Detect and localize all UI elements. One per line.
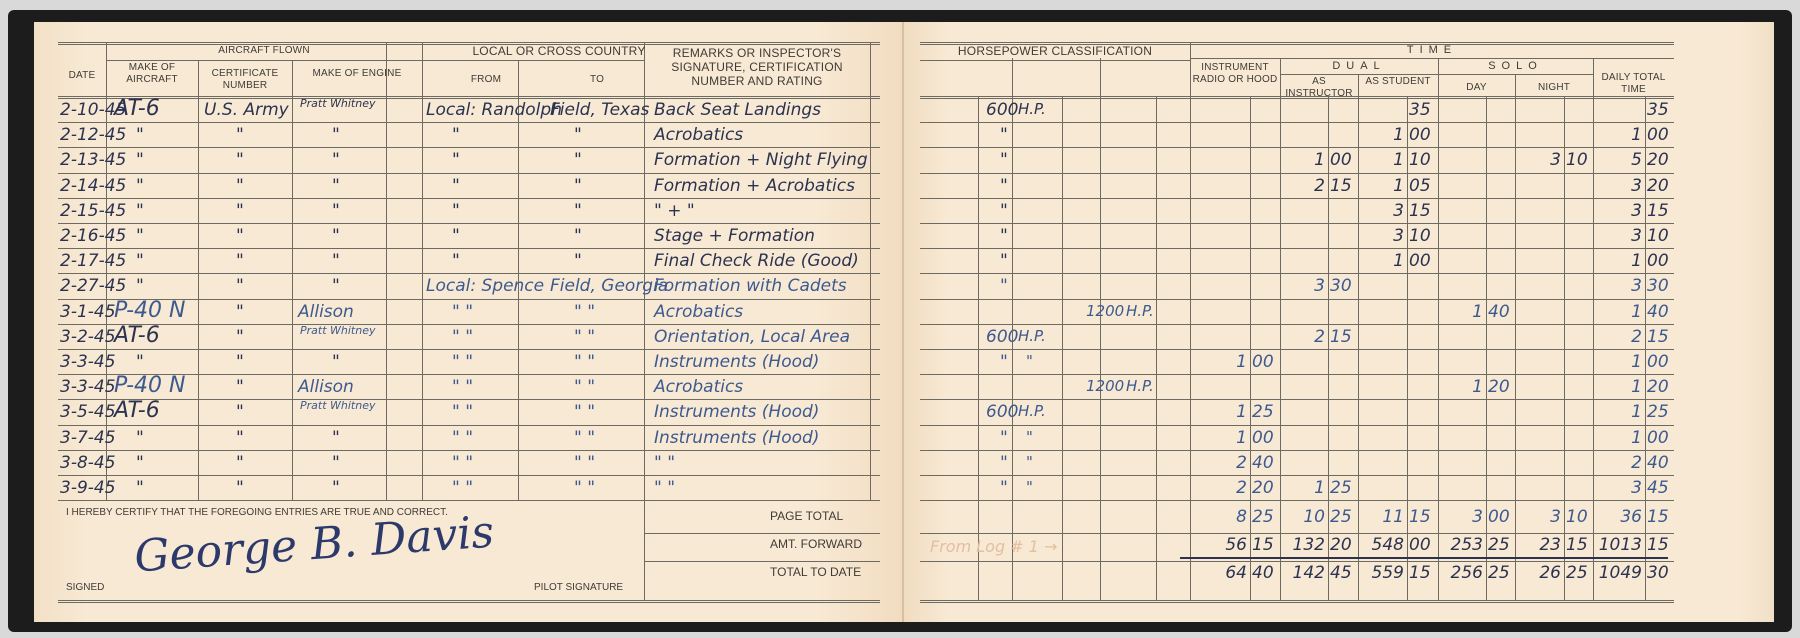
instrument-time-minutes: 40: [1252, 453, 1278, 473]
col-rule-totM: [1645, 96, 1646, 600]
entry-from: " ": [452, 327, 473, 347]
entry-certificate-number: ": [236, 201, 244, 221]
row-rule: [920, 198, 1674, 199]
row-rule: [58, 475, 880, 476]
row-rule: [920, 425, 1674, 426]
daily-total-time-hours: 2: [1593, 327, 1642, 347]
hp-value: ": [1000, 226, 1008, 246]
daily-total-time-hours: 3: [1593, 276, 1642, 296]
hp-value: ": [1000, 352, 1008, 372]
entry-remarks: Formation + Night Flying: [654, 150, 868, 170]
entry-to: " ": [574, 377, 595, 397]
entry-to: " ": [574, 352, 595, 372]
entry-certificate-number: ": [236, 478, 244, 498]
row-rule: [920, 122, 1674, 123]
entry-certificate-number: ": [236, 428, 244, 448]
entry-to: ": [574, 125, 582, 145]
header-as-instructor: AS INSTRUCTOR: [1280, 76, 1358, 100]
total_to_date-daily-total-hours: 1049: [1593, 563, 1642, 583]
page-total-label: PAGE TOTAL: [770, 509, 843, 523]
instructor-time-hours: 1: [1280, 150, 1325, 170]
header-time: TIME: [1190, 44, 1674, 56]
page_total-instructor-hours: 10: [1280, 507, 1325, 527]
col-rule-h1: [978, 96, 979, 600]
instrument-time-minutes: 00: [1252, 352, 1278, 372]
amt_forward-night-minutes: 15: [1566, 535, 1591, 555]
solo-day-time-hours: 1: [1438, 302, 1483, 322]
daily-total-time-minutes: 35: [1647, 100, 1672, 120]
hp-unit: H.P.: [1018, 327, 1046, 345]
daily-total-time-minutes: 15: [1647, 201, 1672, 221]
row-rule: [58, 273, 880, 274]
entry-remarks: " ": [654, 478, 675, 498]
hp-value: 1200: [1086, 377, 1124, 395]
entry-to: " ": [574, 402, 595, 422]
row-rule: [920, 475, 1674, 476]
right-page: HORSEPOWER CLASSIFICATIONTIMEINSTRUMENT …: [904, 22, 1774, 622]
entry-from: ": [452, 201, 460, 221]
entry-remarks: Orientation, Local Area: [654, 327, 850, 347]
entry-remarks: " + ": [654, 201, 695, 221]
entry-date: 3-3-45: [60, 377, 116, 397]
footer-bottom-rule: [58, 600, 880, 603]
col-rule-mk: [198, 60, 199, 501]
entry-date: 2-17-45: [60, 251, 126, 271]
daily-total-time-minutes: 30: [1647, 276, 1672, 296]
hp-value: ": [1000, 276, 1008, 296]
entry-to: " ": [574, 327, 595, 347]
entry-make-of-aircraft: ": [136, 478, 144, 498]
entry-to: " ": [574, 478, 595, 498]
col-rule-instrM: [1328, 96, 1329, 600]
total_to_date-instructor-hours: 142: [1280, 563, 1325, 583]
col-rule-nightM: [1564, 96, 1565, 600]
header-aircraft-flown: AIRCRAFT FLOWN: [106, 45, 422, 57]
col-rule-studM: [1407, 96, 1408, 600]
entry-date: 2-13-45: [60, 150, 126, 170]
entry-make-of-aircraft: AT-6: [114, 96, 160, 121]
entry-certificate-number: ": [236, 302, 244, 322]
entry-to: " ": [574, 453, 595, 473]
row-rule: [920, 349, 1674, 350]
entry-date: 2-15-45: [60, 201, 126, 221]
row-rule: [58, 450, 880, 451]
header-make-of-aircraft: MAKE OF AIRCRAFT: [106, 62, 198, 86]
amt_forward-day-hours: 253: [1438, 535, 1483, 555]
entry-make-of-engine: Pratt Whitney: [300, 98, 380, 109]
entry-remarks: Formation + Acrobatics: [654, 176, 855, 196]
entry-date: 3-5-45: [60, 402, 116, 422]
hp-value: ": [1000, 478, 1008, 498]
total_to_date-student-hours: 559: [1358, 563, 1404, 583]
amt_forward-instrument-hours: 56: [1190, 535, 1247, 555]
daily-total-time-hours: 1: [1593, 302, 1642, 322]
row-rule: [920, 399, 1674, 400]
daily-total-time-hours: 3: [1593, 478, 1642, 498]
col-rule-eng: [386, 42, 387, 501]
instructor-time-hours: 2: [1280, 176, 1325, 196]
daily-total-time-minutes: 15: [1647, 327, 1672, 347]
daily-total-time-minutes: 00: [1647, 125, 1672, 145]
daily-total-time-minutes: 20: [1647, 377, 1672, 397]
entry-remarks: Back Seat Landings: [654, 100, 821, 120]
entry-from: " ": [452, 402, 473, 422]
amt_forward-day-minutes: 25: [1488, 535, 1513, 555]
entry-make-of-aircraft: ": [136, 201, 144, 221]
row-rule: [920, 500, 1674, 501]
page_total-daily-total-hours: 36: [1593, 507, 1642, 527]
daily-total-time-hours: 5: [1593, 150, 1642, 170]
row-rule: [58, 248, 880, 249]
right-grid: HORSEPOWER CLASSIFICATIONTIMEINSTRUMENT …: [904, 22, 1774, 622]
amt-forward-label: AMT. FORWARD: [770, 537, 862, 551]
entry-from: ": [452, 251, 460, 271]
foot-rule-2: [644, 561, 880, 562]
solo-day-time-minutes: 40: [1488, 302, 1513, 322]
entry-remarks: Stage + Formation: [654, 226, 815, 246]
entry-make-of-engine: ": [332, 176, 340, 196]
entry-make-of-aircraft: ": [136, 352, 144, 372]
daily-total-time-minutes: 00: [1647, 428, 1672, 448]
total-rule-2: [920, 561, 1674, 562]
amt_forward-instructor-minutes: 20: [1330, 535, 1356, 555]
daily-total-time-hours: 3: [1593, 201, 1642, 221]
entry-from: ": [452, 125, 460, 145]
entry-remarks: Final Check Ride (Good): [654, 251, 859, 271]
entry-certificate-number: ": [236, 352, 244, 372]
hp-unit: ": [1026, 352, 1033, 370]
entry-to: " ": [574, 428, 595, 448]
entry-make-of-aircraft: ": [136, 276, 144, 296]
header-as-student: AS STUDENT: [1358, 76, 1438, 88]
instructor-time-minutes: 25: [1330, 478, 1356, 498]
entry-from: " ": [452, 377, 473, 397]
entry-make-of-engine: ": [332, 150, 340, 170]
instructor-time-hours: 3: [1280, 276, 1325, 296]
entry-remarks: Instruments (Hood): [654, 428, 819, 448]
hp-unit: H.P.: [1126, 377, 1154, 395]
instrument-time-minutes: 25: [1252, 402, 1278, 422]
entry-certificate-number: ": [236, 251, 244, 271]
total_to_date-student-minutes: 15: [1409, 563, 1436, 583]
daily-total-time-hours: 1: [1593, 428, 1642, 448]
row-rule: [58, 173, 880, 174]
daily-total-time-hours: 3: [1593, 226, 1642, 246]
daily-total-time-minutes: 10: [1647, 226, 1672, 246]
row-rule: [58, 198, 880, 199]
row-rule: [58, 147, 880, 148]
hp-unit: H.P.: [1018, 100, 1046, 118]
instrument-time-minutes: 00: [1252, 428, 1278, 448]
daily-total-time-hours: 2: [1593, 453, 1642, 473]
instrument-time-hours: 2: [1190, 453, 1247, 473]
student-time-minutes: 35: [1409, 100, 1436, 120]
instrument-time-hours: 2: [1190, 478, 1247, 498]
entry-date: 3-8-45: [60, 453, 116, 473]
student-time-hours: 3: [1358, 226, 1404, 246]
hp-value: 1200: [1086, 302, 1124, 320]
entry-make-of-engine: Allison: [298, 377, 354, 397]
entry-certificate-number: ": [236, 276, 244, 296]
daily-total-time-hours: 1: [1593, 402, 1642, 422]
amt_forward-night-hours: 23: [1515, 535, 1561, 555]
time-header-rule: [1190, 58, 1674, 59]
hp-header-rule: [920, 60, 1190, 61]
entry-from: Local: Randolph: [426, 100, 562, 120]
entry-make-of-engine: ": [332, 125, 340, 145]
instructor-time-minutes: 15: [1330, 327, 1356, 347]
entry-from: ": [452, 226, 460, 246]
row-rule: [920, 248, 1674, 249]
daily-total-time-hours: 1: [1593, 251, 1642, 271]
entry-make-of-aircraft: P-40 N: [114, 373, 185, 398]
header-bottom-rule: [58, 96, 880, 99]
entry-remarks: Formation with Cadets: [654, 276, 847, 296]
entry-to: ": [574, 251, 582, 271]
hp-value: ": [1000, 125, 1008, 145]
daily-total-time-hours: 1: [1593, 125, 1642, 145]
student-time-minutes: 00: [1409, 251, 1436, 271]
instrument-time-hours: 1: [1190, 428, 1247, 448]
entry-from: Local: Spence: [426, 276, 544, 296]
page_total-night-minutes: 10: [1566, 507, 1591, 527]
instrument-time-hours: 1: [1190, 352, 1247, 372]
student-time-minutes: 15: [1409, 201, 1436, 221]
total_to_date-day-minutes: 25: [1488, 563, 1513, 583]
page_total-daily-total-minutes: 15: [1647, 507, 1672, 527]
col-rule-local: [422, 42, 423, 501]
page_total-student-minutes: 15: [1409, 507, 1436, 527]
faint-log-note: From Log # 1 →: [930, 537, 1057, 556]
row-rule: [920, 273, 1674, 274]
daily-total-time-minutes: 20: [1647, 150, 1672, 170]
col-rule-dayM: [1486, 96, 1487, 600]
row-rule: [920, 324, 1674, 325]
hp-value: 600: [986, 327, 1018, 347]
entry-from: ": [452, 150, 460, 170]
page_total-day-hours: 3: [1438, 507, 1483, 527]
row-rule: [58, 399, 880, 400]
hp-value: ": [1000, 428, 1008, 448]
student-time-hours: 1: [1358, 125, 1404, 145]
entry-make-of-engine: ": [332, 478, 340, 498]
row-rule: [58, 349, 880, 350]
header-date: DATE: [58, 70, 106, 82]
daily-total-time-minutes: 00: [1647, 251, 1672, 271]
col-rule-rem: [870, 42, 871, 501]
page_total-day-minutes: 00: [1488, 507, 1513, 527]
amt_forward-instructor-hours: 132: [1280, 535, 1325, 555]
header-day: DAY: [1438, 82, 1515, 94]
row-rule: [920, 147, 1674, 148]
left-page: DATEAIRCRAFT FLOWNMAKE OF AIRCRAFTCERTIF…: [34, 22, 904, 622]
solo-day-time-minutes: 20: [1488, 377, 1513, 397]
col-rule-instM: [1250, 96, 1251, 600]
entry-certificate-number: ": [236, 176, 244, 196]
entry-from: " ": [452, 453, 473, 473]
signed-label: SIGNED: [66, 582, 104, 593]
daily-total-time-minutes: 25: [1647, 402, 1672, 422]
solo-night-time-hours: 3: [1515, 150, 1561, 170]
amt_forward-student-minutes: 00: [1409, 535, 1436, 555]
daily-total-time-minutes: 40: [1647, 302, 1672, 322]
entry-to: ": [574, 226, 582, 246]
entry-from: " ": [452, 428, 473, 448]
student-time-hours: 3: [1358, 201, 1404, 221]
total_to_date-instrument-minutes: 40: [1252, 563, 1278, 583]
student-time-minutes: 10: [1409, 226, 1436, 246]
col-rule-h4: [1100, 58, 1101, 600]
header-dual: DUAL: [1280, 60, 1438, 72]
entry-remarks: Acrobatics: [654, 302, 743, 322]
daily-total-time-minutes: 40: [1647, 453, 1672, 473]
total-rule-1: [920, 533, 1674, 534]
entry-make-of-aircraft: ": [136, 125, 144, 145]
page_total-night-hours: 3: [1515, 507, 1561, 527]
header-certificate-number: CERTIFICATE NUMBER: [198, 68, 292, 92]
entry-remarks: " ": [654, 453, 675, 473]
entry-to: ": [574, 150, 582, 170]
daily-total-time-minutes: 20: [1647, 176, 1672, 196]
entry-certificate-number: U.S. Army: [204, 100, 289, 120]
entry-certificate-number: ": [236, 150, 244, 170]
hp-value: ": [1000, 453, 1008, 473]
amt-forward-underline: [1180, 557, 1668, 559]
group-header-rule: [106, 60, 644, 61]
entry-to: " ": [574, 302, 595, 322]
page_total-student-hours: 11: [1358, 507, 1404, 527]
instructor-time-hours: 1: [1280, 478, 1325, 498]
col-rule-to: [644, 42, 645, 600]
entry-date: 2-16-45: [60, 226, 126, 246]
entry-make-of-engine: ": [332, 276, 340, 296]
entry-make-of-engine: Pratt Whitney: [300, 400, 380, 411]
row-rule: [920, 173, 1674, 174]
page_total-instrument-hours: 8: [1190, 507, 1247, 527]
student-time-hours: 1: [1358, 150, 1404, 170]
instructor-time-hours: 2: [1280, 327, 1325, 347]
entry-to: Field, Georgia: [550, 276, 668, 296]
student-time-minutes: 00: [1409, 125, 1436, 145]
hp-unit: H.P.: [1018, 402, 1046, 420]
header-solo: SOLO: [1438, 60, 1593, 72]
left-grid: DATEAIRCRAFT FLOWNMAKE OF AIRCRAFTCERTIF…: [34, 22, 904, 622]
page_total-instrument-minutes: 25: [1252, 507, 1278, 527]
entry-make-of-engine: Allison: [298, 302, 354, 322]
entry-date: 2-12-45: [60, 125, 126, 145]
row-rule: [58, 500, 880, 501]
entry-make-of-engine: ": [332, 428, 340, 448]
entry-date: 3-2-45: [60, 327, 116, 347]
entry-make-of-engine: Pratt Whitney: [300, 325, 380, 336]
entry-certificate-number: ": [236, 402, 244, 422]
hp-value: ": [1000, 251, 1008, 271]
instrument-time-minutes: 20: [1252, 478, 1278, 498]
entry-to: ": [574, 201, 582, 221]
row-rule: [58, 122, 880, 123]
entry-to: Field, Texas: [550, 100, 649, 120]
entry-date: 3-7-45: [60, 428, 116, 448]
page_total-instructor-minutes: 25: [1330, 507, 1356, 527]
header-make-of-engine: MAKE OF ENGINE: [292, 68, 422, 80]
hp-unit: ": [1026, 478, 1033, 496]
entry-from: ": [452, 176, 460, 196]
entry-from: " ": [452, 352, 473, 372]
row-rule: [920, 299, 1674, 300]
header-remarks: REMARKS OR INSPECTOR'S SIGNATURE, CERTIF…: [644, 46, 870, 88]
entry-make-of-engine: ": [332, 226, 340, 246]
hp-value: ": [1000, 150, 1008, 170]
header-night: NIGHT: [1515, 82, 1593, 94]
amt_forward-instrument-minutes: 15: [1252, 535, 1278, 555]
entry-make-of-engine: ": [332, 251, 340, 271]
amt_forward-daily-total-minutes: 15: [1647, 535, 1672, 555]
daily-total-time-minutes: 00: [1647, 352, 1672, 372]
total_to_date-day-hours: 256: [1438, 563, 1483, 583]
total_to_date-instrument-hours: 64: [1190, 563, 1247, 583]
entry-from: " ": [452, 478, 473, 498]
entry-make-of-aircraft: ": [136, 226, 144, 246]
solo-day-time-hours: 1: [1438, 377, 1483, 397]
row-rule: [920, 450, 1674, 451]
entry-from: " ": [452, 302, 473, 322]
entry-make-of-aircraft: AT-6: [114, 398, 160, 423]
entry-certificate-number: ": [236, 125, 244, 145]
entry-make-of-engine: ": [332, 201, 340, 221]
entry-to: ": [574, 176, 582, 196]
header-horsepower-classification: HORSEPOWER CLASSIFICATION: [920, 44, 1190, 58]
header-instrument-radio-hood: INSTRUMENT RADIO OR HOOD: [1190, 62, 1280, 86]
amt_forward-daily-total-hours: 1013: [1593, 535, 1642, 555]
header-daily-total-time: DAILY TOTAL TIME: [1593, 72, 1674, 96]
entry-certificate-number: ": [236, 226, 244, 246]
entry-make-of-aircraft: P-40 N: [114, 298, 185, 323]
entry-make-of-aircraft: ": [136, 251, 144, 271]
entry-remarks: Acrobatics: [654, 377, 743, 397]
hp-value: ": [1000, 176, 1008, 196]
entry-remarks: Instruments (Hood): [654, 402, 819, 422]
total_to_date-night-minutes: 25: [1566, 563, 1591, 583]
amt_forward-student-hours: 548: [1358, 535, 1404, 555]
row-rule: [920, 223, 1674, 224]
row-rule: [58, 425, 880, 426]
entry-certificate-number: ": [236, 327, 244, 347]
entry-date: 2-27-45: [60, 276, 126, 296]
student-time-minutes: 05: [1409, 176, 1436, 196]
row-rule: [58, 223, 880, 224]
entry-make-of-aircraft: ": [136, 176, 144, 196]
dual-solo-rule: [1280, 74, 1593, 75]
hp-value: 600: [986, 100, 1018, 120]
hp-value: ": [1000, 201, 1008, 221]
entry-date: 3-3-45: [60, 352, 116, 372]
instructor-time-minutes: 00: [1330, 150, 1356, 170]
col-rule-cert: [292, 60, 293, 501]
student-time-minutes: 10: [1409, 150, 1436, 170]
daily-total-time-hours: 1: [1593, 352, 1642, 372]
row-rule: [920, 374, 1674, 375]
entry-certificate-number: ": [236, 453, 244, 473]
entry-remarks: Instruments (Hood): [654, 352, 819, 372]
student-time-hours: 1: [1358, 176, 1404, 196]
hp-unit: ": [1026, 453, 1033, 471]
entry-remarks: Acrobatics: [654, 125, 743, 145]
pilot-signature-label: PILOT SIGNATURE: [534, 582, 623, 593]
foot-rule-1: [644, 533, 880, 534]
col-rule-h5: [1156, 96, 1157, 600]
total-to-date-label: TOTAL TO DATE: [770, 565, 861, 579]
instructor-time-minutes: 15: [1330, 176, 1356, 196]
